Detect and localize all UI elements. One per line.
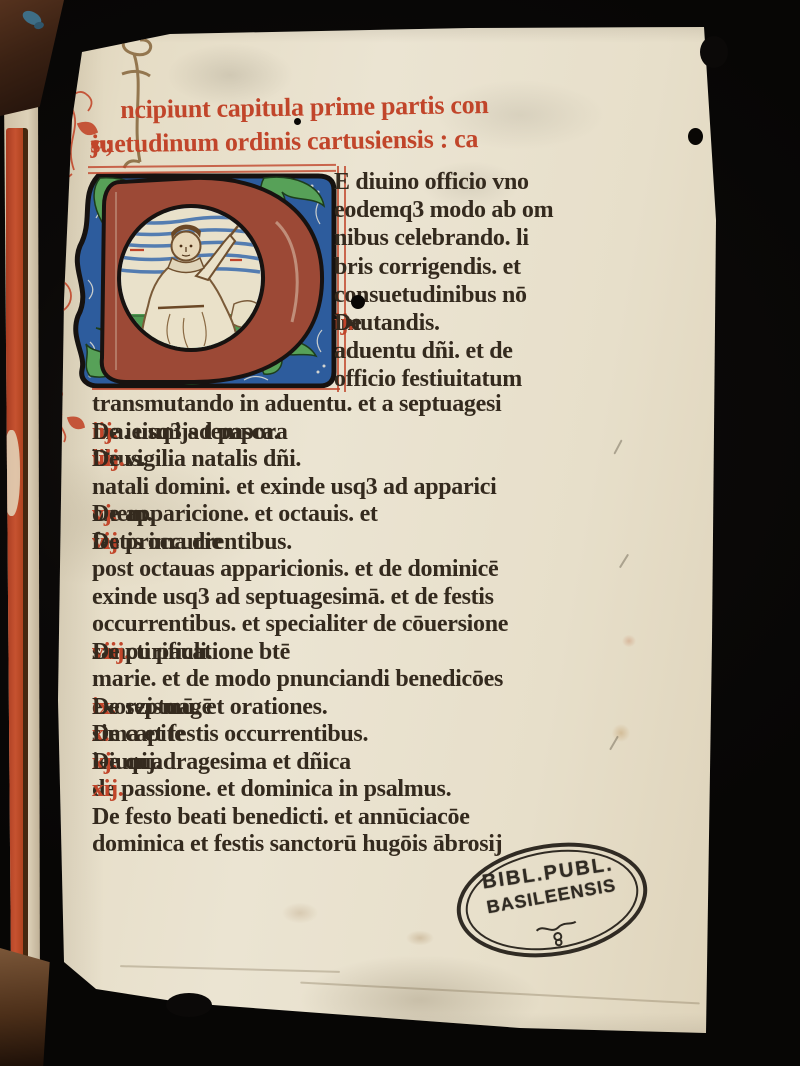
binding-leather-bottom (0, 948, 54, 1066)
photo-backdrop: ncipiunt capitula prime partis con suetu… (0, 0, 800, 1066)
wormhole (688, 128, 703, 145)
text-line: exorzismū. et orationes. ix. De septuagē (92, 694, 606, 722)
text-line: onem. vj. De apparicione. et octauis. et (92, 501, 606, 529)
text-line: natali domini. et exinde usq3 ad apparic… (92, 474, 606, 502)
text-line: libus. iiij. De vigilia natalis dñi. v. … (92, 446, 606, 474)
facing-page-edge (0, 84, 40, 1008)
parchment-crease (120, 965, 340, 973)
panel-frame-line (92, 388, 340, 390)
text-line: eodemq3 modo ab om (334, 196, 614, 224)
text-line: festis occurrentibus. vij De prima die (92, 529, 606, 557)
text-line: marie. et de modo pnunciandi benedicōes (92, 666, 606, 694)
text-line: occurrentibus. et specialiter de cōuersi… (92, 611, 606, 639)
text-line: bris corrigendis. et (334, 253, 614, 281)
pencil-mark (619, 554, 629, 569)
text-line: nibus celebrando. li (334, 224, 614, 252)
text-line: sancti pauli. viij. De purificatione btē (92, 639, 606, 667)
text-line: consuetudinibus nō (334, 281, 614, 309)
facing-page-border (6, 128, 28, 1000)
text-line: de passione. et dominica in psalmus. xij… (92, 776, 606, 804)
text-line: post octauas apparicionis. et de dominic… (92, 556, 606, 584)
text-line: imutandis. ij. De (334, 309, 614, 337)
text-line: aduentu dñi. et de (334, 337, 614, 365)
pencil-mark (613, 439, 622, 454)
text-line: ieiunij. xj. De quadragesima et dñica (92, 749, 606, 777)
text-line: transmutando in aduentu. et a septuagesi (92, 391, 606, 419)
pencil-mark (609, 736, 619, 751)
page-edge-notch (700, 36, 728, 68)
chapter-list-body: transmutando in aduentu. et a septuagesi… (92, 391, 606, 859)
text-line: E diuino officio vno (334, 168, 614, 196)
text-line: De festo beati benedicti. et annūciacōe (92, 804, 606, 832)
parchment-crease (300, 982, 700, 1005)
text-line: ma. usq3 ad pasca. iij. De ieiunijs temp… (92, 419, 606, 447)
wormhole (351, 295, 365, 309)
text-line: officio festiuitatum (334, 365, 614, 393)
text-line: exinde usq3 ad septuagesimā. et de festi… (92, 584, 606, 612)
facing-page-miniature-sliver (3, 430, 20, 516)
text-line: sima et festis occurrentibus. x. De capi… (92, 721, 606, 749)
wormhole (294, 118, 301, 125)
page-edge-notch (166, 993, 212, 1017)
chapter-list-column: E diuino officio vnoeodemq3 modo ab omni… (334, 168, 614, 394)
manuscript-page: ncipiunt capitula prime partis con suetu… (0, 0, 800, 1066)
